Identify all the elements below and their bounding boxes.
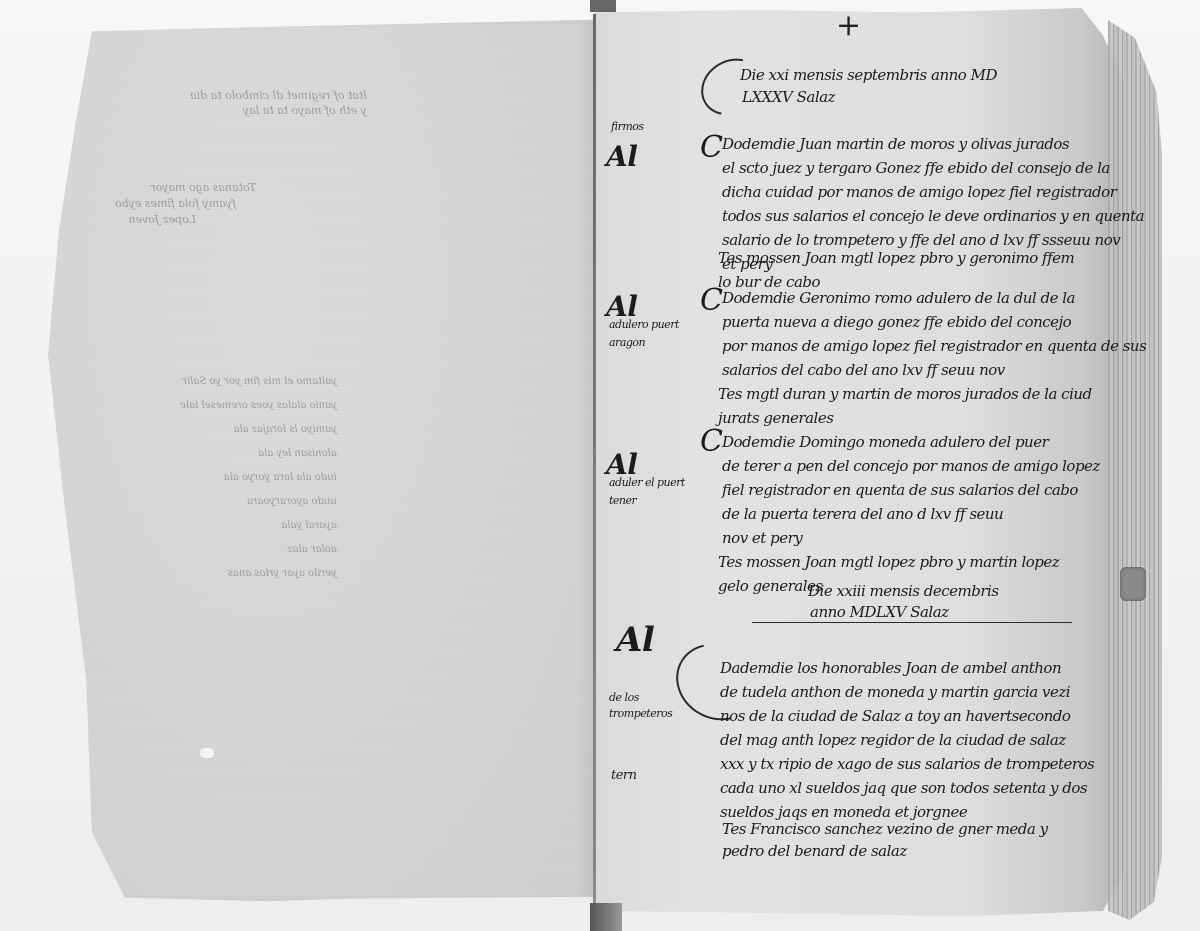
entry-line: salarios del cabo del ano lxv ff seuu no… <box>722 358 1146 382</box>
margin-note-adulero: adulero puert aragon <box>609 316 709 352</box>
showthrough-line: yamiyo ls lorajaz ala <box>180 418 337 442</box>
witness-line: Tes mossen Joan mgtl lopez pbro y martin… <box>718 550 1059 574</box>
showthrough-line: aolar alaz <box>180 538 337 562</box>
entry-line: de terer a pen del concejo por manos de … <box>722 454 1100 478</box>
date-heading-line-1: Die xxi mensis septembris anno MD <box>740 66 997 84</box>
spine-bottom <box>590 903 622 931</box>
gutter <box>593 14 596 914</box>
showthrough-line: ltat of regimet dl cimbolo ta dia <box>190 88 367 103</box>
witness-line: Tes mossen Joan mgtl lopez pbro y geroni… <box>718 246 1074 270</box>
date-heading-2-line-2: anno MDLXV Salaz <box>810 603 949 621</box>
initial-capital: C <box>700 283 722 318</box>
entry-line: xxx y tx ripio de xago de sus salarios d… <box>720 752 1094 776</box>
entry-4-body: Dademdie los honorables Joan de ambel an… <box>720 656 1094 824</box>
entry-line: de tudela anthon de moneda y martin garc… <box>720 680 1094 704</box>
entry-line: Dodemdie Juan martin de moros y olivas j… <box>722 132 1144 156</box>
witness-line: Tes mgtl duran y martin de moros jurados… <box>718 382 1092 406</box>
showthrough-line: y eth of mayo ta ta lay <box>190 103 367 118</box>
initial-capital: C <box>700 424 722 459</box>
entry-line: fiel registrador en quenta de sus salari… <box>722 478 1100 502</box>
entry-line: por manos de amigo lopez fiel registrado… <box>722 334 1146 358</box>
margin-note-trompeteros: de los trompeteros <box>609 690 689 722</box>
showthrough-line: yanio alalas yoes oremesel lale <box>180 394 337 418</box>
entry-line: todos sus salarios el concejo le deve or… <box>722 204 1144 228</box>
heading-underline <box>752 622 1072 623</box>
showthrough-line: Totanas ago mayor <box>115 180 256 196</box>
showthrough-line: ayaral yala <box>180 514 337 538</box>
entry-line: Dodemdie Domingo moneda adulero del puer <box>722 430 1100 454</box>
showthrough-block-1: ltat of regimet dl cimbolo ta dia y eth … <box>190 88 367 118</box>
binding-clasp <box>1120 567 1146 601</box>
entry-line: cada uno xl sueldos jaq que son todos se… <box>720 776 1094 800</box>
showthrough-block-2: Totanas ago mayor fyamy fola fimes eybo … <box>115 180 256 228</box>
entry-line: Dademdie los honorables Joan de ambel an… <box>720 656 1094 680</box>
showthrough-line: uudo ayoraryoara <box>180 490 337 514</box>
date-heading-2-line-1: Die xxiii mensis decembris <box>808 582 999 600</box>
showthrough-line: Lopez Joven <box>115 212 256 228</box>
cross-mark: + <box>836 8 861 43</box>
entry-3-body: Dodemdie Domingo moneda adulero del puer… <box>722 430 1100 550</box>
paper-hole <box>200 748 214 758</box>
margin-mark-al: Al <box>616 620 654 660</box>
entry-line: Dodemdie Geronimo romo adulero de la dul… <box>722 286 1146 310</box>
showthrough-line: fyamy fola fimes eybo <box>115 196 256 212</box>
margin-note-tern: tern <box>611 768 637 783</box>
entry-line: del mag anth lopez regidor de la ciudad … <box>720 728 1094 752</box>
entry-2-witnesses: Tes mgtl duran y martin de moros jurados… <box>718 382 1092 430</box>
entry-line: nov et pery <box>722 526 1100 550</box>
entry-4-witnesses: Tes Francisco sanchez vezino de gner med… <box>722 818 1048 862</box>
entry-line: nos de la ciudad de Salaz a toy an haver… <box>720 704 1094 728</box>
entry-line: de la puerta terera del ano d lxv ff seu… <box>722 502 1100 526</box>
witness-line: jurats generales <box>718 406 1092 430</box>
initial-capital: C <box>700 130 722 165</box>
entry-line: el scto juez y tergaro Gonez ffe ebido d… <box>722 156 1144 180</box>
entry-line: dicha cuidad por manos de amigo lopez fi… <box>722 180 1144 204</box>
witness-line: Tes Francisco sanchez vezino de gner med… <box>722 818 1048 840</box>
margin-note-firmos: firmos <box>611 120 644 133</box>
margin-mark-al: Al <box>606 140 637 173</box>
showthrough-line: alonisan ley ala <box>180 442 337 466</box>
spine-top <box>590 0 616 12</box>
date-heading-line-2: LXXXV Salaz <box>742 88 835 106</box>
entry-line: puerta nueva a diego gonez ffe ebido del… <box>722 310 1146 334</box>
witness-line: pedro del benard de salaz <box>722 840 1048 862</box>
showthrough-line: yerilo ayar yrlos anas <box>180 562 337 586</box>
entry-2-body: Dodemdie Geronimo romo adulero de la dul… <box>722 286 1146 382</box>
margin-note-aduler: aduler el puert tener <box>609 474 709 510</box>
showthrough-block-3: yaltamo el mis fim yor yo Salir yanio al… <box>180 370 337 586</box>
showthrough-line: iudo ala lora yoryo ala <box>180 466 337 490</box>
showthrough-line: yaltamo el mis fim yor yo Salir <box>180 370 337 394</box>
